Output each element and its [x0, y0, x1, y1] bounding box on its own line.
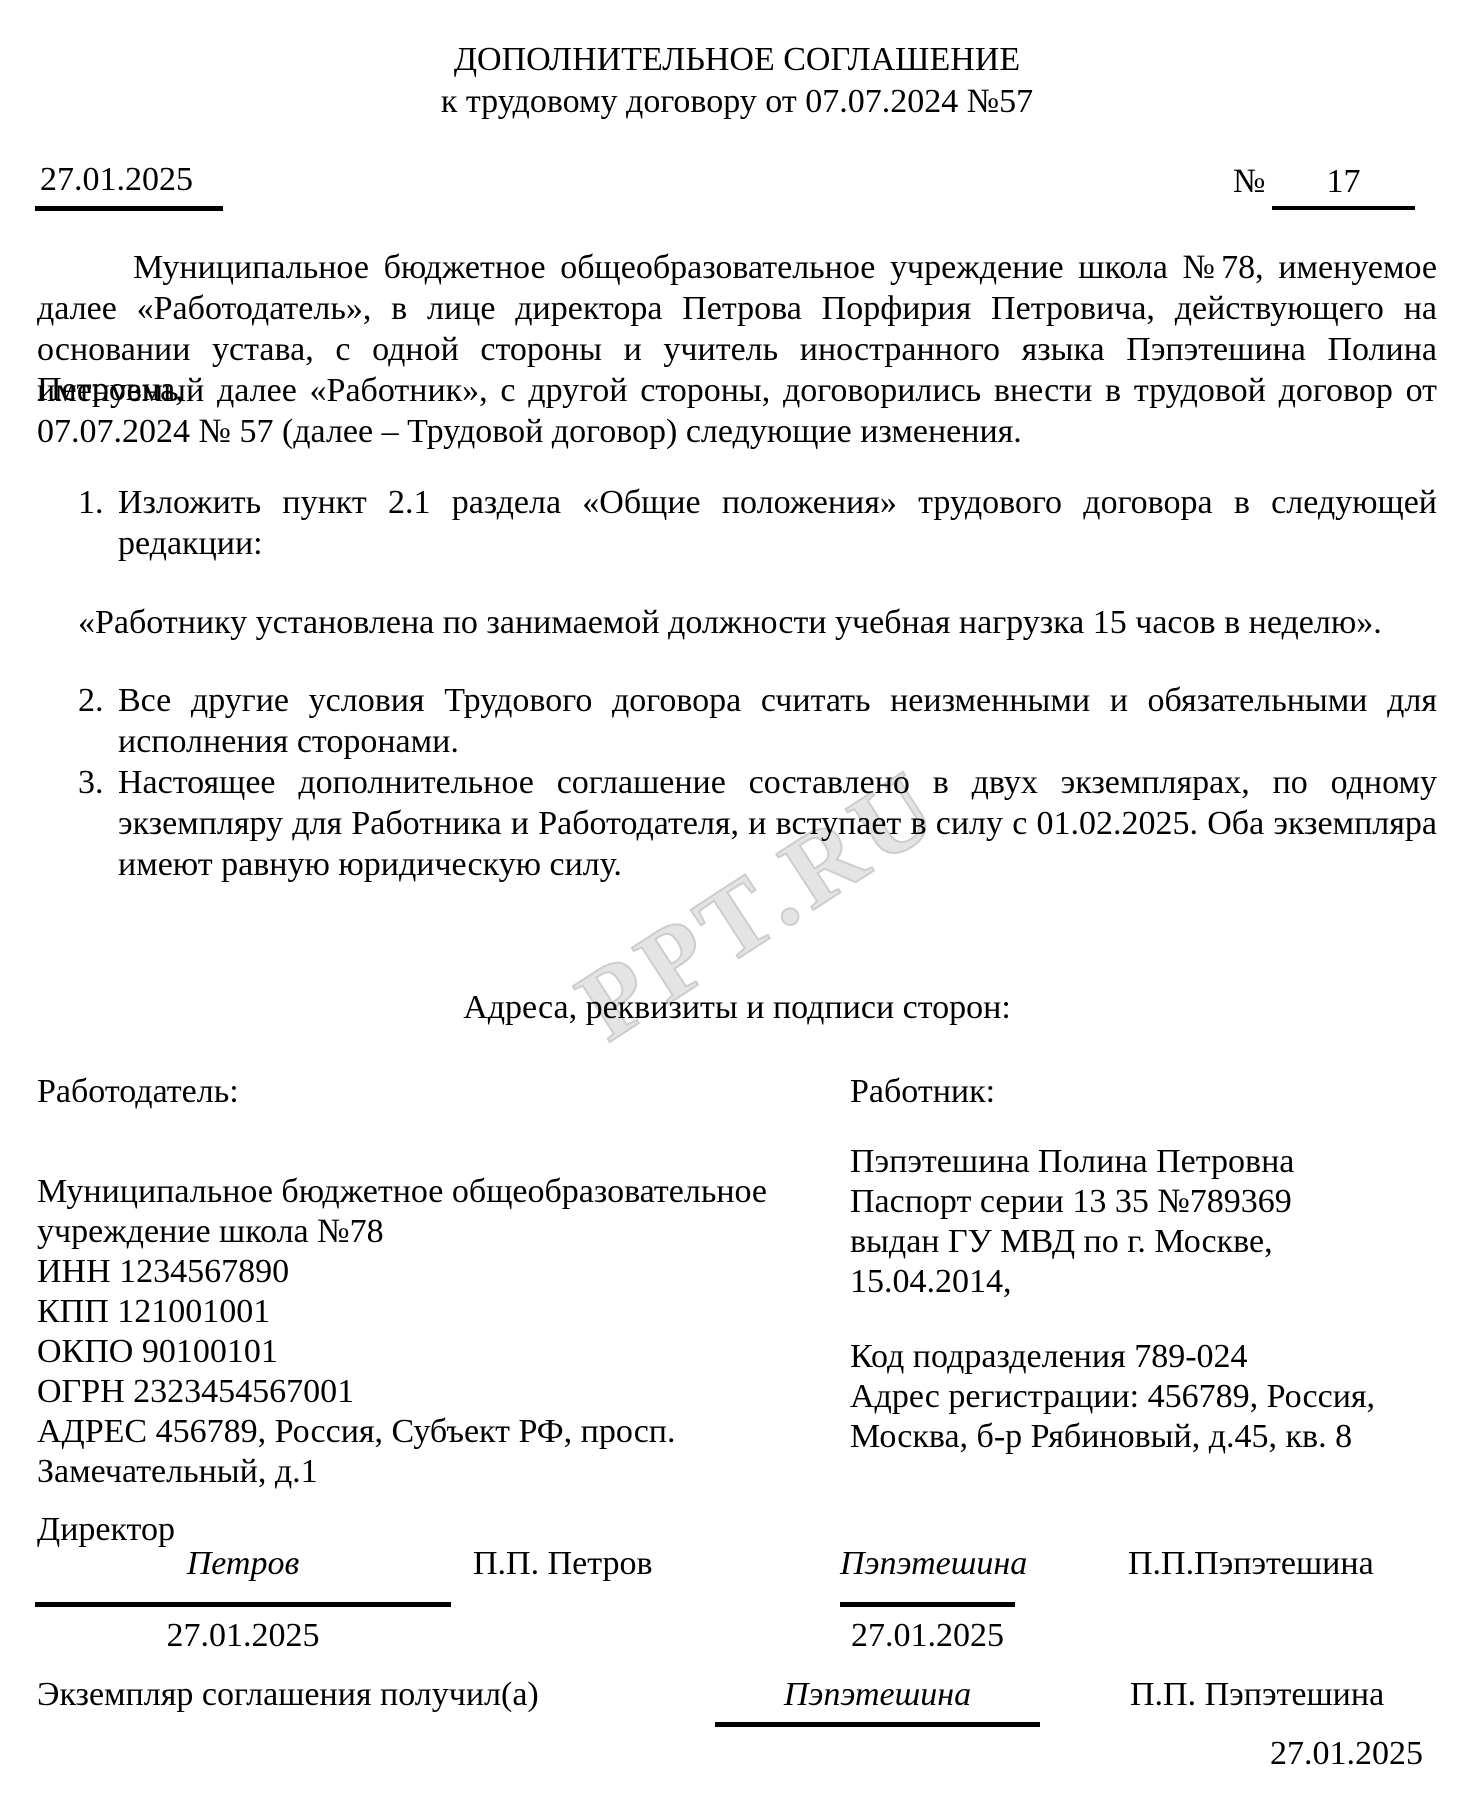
employee-line: Москва, б-р Рябиновый, д.45, кв. 8 — [850, 1417, 1450, 1457]
list-item-3-number: 3. — [78, 763, 118, 803]
list-item-1-line: Изложить пункт 2.1 раздела «Общие положе… — [118, 483, 1437, 523]
receipt-printed-name: П.П. Пэпэтешина — [1130, 1675, 1384, 1715]
list-item-3-line: Настоящее дополнительное соглашение сост… — [118, 763, 1437, 803]
document-date: 27.01.2025 — [40, 160, 193, 200]
requisites-heading: Адреса, реквизиты и подписи сторон: — [37, 988, 1437, 1028]
employee-signature: Пэпэтешина — [840, 1544, 1015, 1584]
employer-signature: Петров — [35, 1544, 451, 1584]
list-item-1-number: 1. — [78, 483, 118, 523]
employer-line: Замечательный, д.1 — [37, 1452, 817, 1492]
paragraph-line: Муниципальное бюджетное общеобразователь… — [37, 248, 1437, 288]
paragraph-line: далее «Работодатель», в лице директора П… — [37, 289, 1437, 329]
employee-line: Код подразделения 789-024 — [850, 1337, 1450, 1377]
number-sign: № — [1233, 162, 1265, 202]
employer-sign-date: 27.01.2025 — [35, 1616, 451, 1656]
employee-line: Адрес регистрации: 456789, Россия, — [850, 1377, 1450, 1417]
employee-signature-line — [840, 1602, 1015, 1607]
employee-line: выдан ГУ МВД по г. Москве, — [850, 1222, 1450, 1262]
employer-line: АДРЕС 456789, Россия, Субъект РФ, просп. — [37, 1412, 817, 1452]
employee-sign-date: 27.01.2025 — [840, 1616, 1015, 1656]
employer-line: ИНН 1234567890 — [37, 1252, 817, 1292]
receipt-signature: Пэпэтешина — [715, 1675, 1040, 1715]
list-item-1-line: редакции: — [118, 524, 1437, 564]
employer-line: учреждение школа №78 — [37, 1212, 817, 1252]
employer-line: ОКПО 90100101 — [37, 1332, 817, 1372]
document-subtitle: к трудовому договору от 07.07.2024 №57 — [37, 82, 1437, 122]
list-item-2-line: Все другие условия Трудового договора сч… — [118, 681, 1437, 721]
employer-line: КПП 121001001 — [37, 1292, 817, 1332]
number-value: 17 — [1272, 162, 1415, 202]
employer-label: Работодатель: — [37, 1072, 817, 1112]
receipt-label: Экземпляр соглашения получил(а) — [37, 1675, 539, 1715]
quoted-clause: «Работнику установлена по занимаемой дол… — [78, 603, 1437, 643]
employee-printed-name: П.П.Пэпэтешина — [1128, 1544, 1374, 1584]
number-underline — [1272, 206, 1415, 210]
paragraph-line: именуемый далее «Работник», с другой сто… — [37, 371, 1437, 411]
employer-printed-name: П.П. Петров — [473, 1544, 653, 1584]
receipt-signature-line — [715, 1722, 1040, 1727]
receipt-date: 27.01.2025 — [1270, 1734, 1423, 1774]
employee-line: Паспорт серии 13 35 №789369 — [850, 1182, 1450, 1222]
document-title: ДОПОЛНИТЕЛЬНОЕ СОГЛАШЕНИЕ — [37, 40, 1437, 80]
date-underline — [35, 206, 223, 211]
employer-line: ОГРН 2323454567001 — [37, 1372, 817, 1412]
document-page: PPT.RU ДОПОЛНИТЕЛЬНОЕ СОГЛАШЕНИЕ к трудо… — [0, 0, 1477, 1813]
employee-label: Работник: — [850, 1072, 1450, 1112]
list-item-2-number: 2. — [78, 681, 118, 721]
employee-line: 15.04.2014, — [850, 1262, 1450, 1302]
employer-signature-line — [35, 1602, 451, 1607]
list-item-2-line: исполнения сторонами. — [118, 722, 1437, 762]
list-item-3-line: экземпляру для Работника и Работодателя,… — [118, 804, 1437, 844]
list-item-3-line: имеют равную юридическую силу. — [118, 845, 1437, 885]
employer-line: Муниципальное бюджетное общеобразователь… — [37, 1172, 817, 1212]
paragraph-line: 07.07.2024 № 57 (далее – Трудовой догово… — [37, 412, 1437, 452]
employee-line: Пэпэтешина Полина Петровна — [850, 1142, 1450, 1182]
